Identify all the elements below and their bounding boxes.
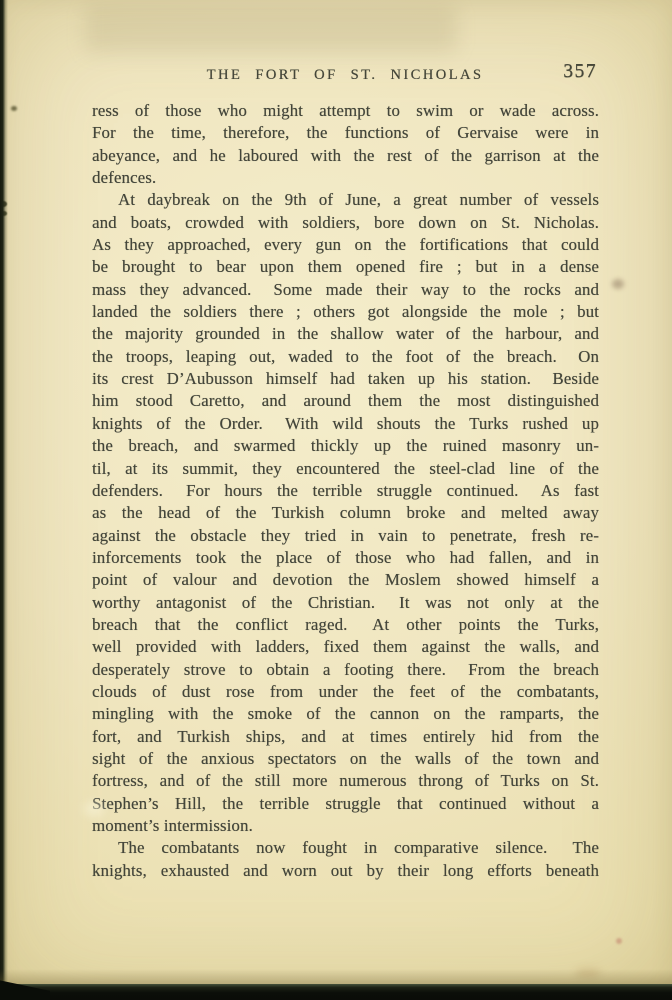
text-line: its crest D’Aubusson himself had taken u… [92, 368, 599, 390]
text-line: breach that the conflict raged. At other… [92, 614, 599, 636]
text-line: and boats, crowded with soldiers, bore d… [92, 212, 599, 234]
text-line: worthy antagonist of the Christian. It w… [92, 592, 599, 614]
text-line: defences. [92, 167, 599, 189]
text-line: point of valour and devotion the Moslem … [92, 569, 599, 591]
text-line: inforcements took the place of those who… [92, 547, 599, 569]
text-line: well provided with ladders, fixed them a… [92, 636, 599, 658]
text-line: fortress, and of the still more numerous… [92, 770, 599, 792]
paper-smudge [84, 802, 104, 816]
text-line: For the time, therefore, the functions o… [92, 122, 599, 144]
paper-sheen [85, 5, 457, 53]
text-line: The combatants now fought in comparative… [92, 837, 599, 859]
text-line: him stood Caretto, and around them the m… [92, 390, 599, 412]
text-line: Stephen’s Hill, the terrible struggle th… [92, 793, 599, 815]
scanned-book-page: THE FORT OF ST. NICHOLAS 357 ress of tho… [0, 0, 672, 1000]
scanner-bottom-band [0, 984, 672, 1000]
text-line: At daybreak on the 9th of June, a great … [92, 189, 599, 211]
page-number: 357 [563, 61, 597, 83]
text-line: fort, and Turkish ships, and at times en… [92, 726, 599, 748]
text-line: As they approached, every gun on the for… [92, 234, 599, 256]
text-line: mass they advanced. Some made their way … [92, 279, 599, 301]
paper-speck [11, 106, 17, 111]
text-line: til, at its summit, they encountered the… [92, 458, 599, 480]
text-line: clouds of dust rose from under the feet … [92, 681, 599, 703]
text-line: as the head of the Turkish column broke … [92, 502, 599, 524]
text-line: moment’s intermission. [92, 815, 599, 837]
page-text: ress of those who might attempt to swim … [92, 100, 599, 882]
running-title: THE FORT OF ST. NICHOLAS [92, 67, 598, 84]
text-line: ress of those who might attempt to swim … [92, 100, 599, 122]
text-line: mingling with the smoke of the cannon on… [92, 703, 599, 725]
text-line: defenders. For hours the terrible strugg… [92, 480, 599, 502]
text-line: abeyance, and he laboured with the rest … [92, 145, 599, 167]
page-header: THE FORT OF ST. NICHOLAS 357 [92, 64, 598, 88]
text-line: landed the soldiers there ; others got a… [92, 301, 599, 323]
paper-speck [616, 938, 622, 944]
text-line: the troops, leaping out, waded to the fo… [92, 346, 599, 368]
text-line: be brought to bear upon them opened fire… [92, 256, 599, 278]
binding-edge-shadow [0, 0, 8, 1000]
paper-speck [612, 279, 624, 289]
text-line: the majority grounded in the shallow wat… [92, 323, 599, 345]
text-line: knights, exhausted and worn out by their… [92, 860, 599, 882]
page-bottom-shadow [0, 969, 672, 985]
text-line: desperately strove to obtain a footing t… [92, 659, 599, 681]
text-line: against the obstacle they tried in vain … [92, 525, 599, 547]
text-line: knights of the Order. With wild shouts t… [92, 413, 599, 435]
text-line: the breach, and swarmed thickly up the r… [92, 435, 599, 457]
text-line: sight of the anxious spectators on the w… [92, 748, 599, 770]
